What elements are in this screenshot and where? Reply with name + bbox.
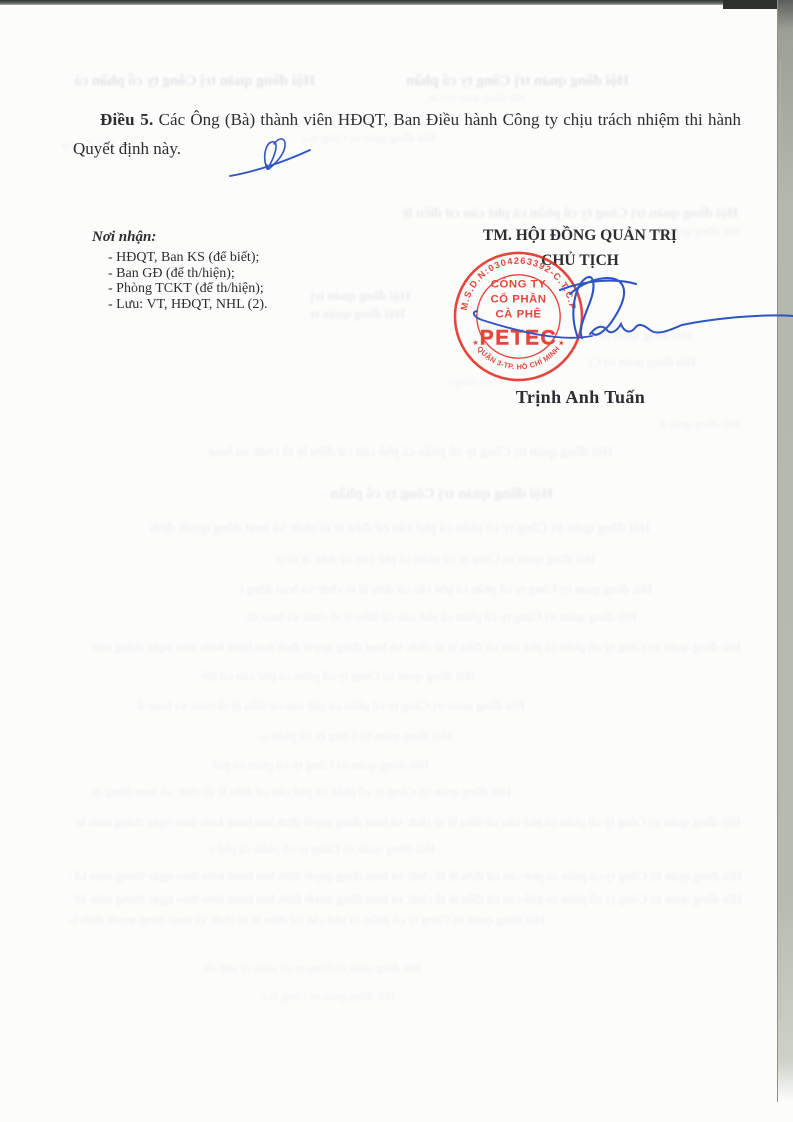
recipient-item: - Phòng TCKT (để th/hiện); bbox=[108, 281, 267, 297]
bleedthrough-line: Hội đồng quản trị Công ty cổ phần cà phê… bbox=[260, 989, 395, 1005]
on-behalf-line: TM. HỘI ĐỒNG QUẢN TRỊ bbox=[440, 227, 720, 245]
recipients-heading: Nơi nhận: bbox=[92, 229, 156, 246]
bleedthrough-line: Hội đồng quản trị Công ty cổ phần cà phê… bbox=[407, 73, 629, 93]
bleedthrough-line: Hội đồng quản trị Công ty cổ phần cà phê… bbox=[93, 784, 511, 801]
bleedthrough-line: Hội đồng quản trị Công ty cổ phần cà phê… bbox=[240, 581, 652, 598]
scanner-edge-top bbox=[0, 0, 793, 5]
article-paragraph: Điều 5. Các Ông (Bà) thành viên HĐQT, Ba… bbox=[73, 106, 741, 163]
recipient-item: - HĐQT, Ban KS (để biết); bbox=[108, 250, 267, 266]
bleedthrough-line: Hội đồng quản trị Công ty cổ phần cà phê… bbox=[310, 306, 405, 323]
bleedthrough-line: Hội đồng quản trị Công ty cổ phần cà phê… bbox=[398, 206, 738, 224]
bleedthrough-line: Hội đồng quản trị Công ty cổ phần cà phê… bbox=[93, 639, 741, 656]
bleedthrough-line: Hội đồng quản trị Công ty cổ phần cà phê… bbox=[310, 288, 410, 305]
recipient-item: - Lưu: VT, HĐQT, NHL (2). bbox=[108, 297, 267, 313]
bleedthrough-line: Hội đồng quản trị Công ty cổ phần cà phê… bbox=[260, 728, 452, 745]
scanner-edge-right bbox=[777, 0, 793, 1102]
paraph-initials-mark bbox=[222, 132, 317, 180]
bleedthrough-line: Hội đồng quản trị Công ty cổ phần cà phê… bbox=[200, 668, 475, 685]
bleedthrough-line: Hội đồng quản trị Công ty cổ phần cà phê… bbox=[207, 841, 435, 858]
bleedthrough-line: Hội đồng quản trị Công ty cổ phần cà phê… bbox=[70, 868, 742, 885]
scanned-document-page: Hội đồng quản trị Công ty cổ phần cà phê… bbox=[0, 0, 793, 1122]
bleedthrough-line: Hội đồng quản trị Công ty cổ phần cà phê… bbox=[70, 891, 742, 908]
bleedthrough-line: Hội đồng quản trị Công ty cổ phần cà phê… bbox=[247, 609, 637, 626]
bleedthrough-line: Hội đồng quản trị Công ty cổ phần cà phê… bbox=[75, 73, 315, 93]
bleedthrough-line: Hội đồng quản trị Công ty cổ phần cà phê… bbox=[77, 814, 741, 831]
bleedthrough-line: Hội đồng quản trị Công ty cổ phần cà phê… bbox=[325, 486, 553, 506]
bleedthrough-line: Hội đồng quản trị Công ty cổ phần cà phê… bbox=[207, 757, 429, 774]
bleedthrough-line: Hội đồng quản trị Công ty cổ phần cà phê… bbox=[137, 698, 525, 715]
bleedthrough-line: Hội đồng quản trị Công ty cổ phần cà phê… bbox=[205, 445, 613, 463]
bleedthrough-line: Hội đồng quản trị Công ty cổ phần cà phê… bbox=[658, 417, 740, 433]
article-text: Các Ông (Bà) thành viên HĐQT, Ban Điều h… bbox=[73, 110, 741, 158]
article-number: Điều 5. bbox=[100, 110, 153, 129]
recipients-list: - HĐQT, Ban KS (để biết);- Ban GĐ (để th… bbox=[108, 250, 267, 313]
bleedthrough-line: Hội đồng quản trị Công ty cổ phần cà phê… bbox=[70, 912, 545, 929]
bleedthrough-line: Hội đồng quản trị Công ty cổ phần cà phê… bbox=[277, 551, 595, 568]
bleedthrough-line: Hội đồng quản trị Công ty cổ phần cà phê… bbox=[430, 92, 525, 106]
recipient-item: - Ban GĐ (để th/hiện); bbox=[108, 266, 267, 282]
bleedthrough-line: Hội đồng quản trị Công ty cổ phần cà phê… bbox=[150, 521, 650, 539]
signer-name: Trịnh Anh Tuấn bbox=[448, 387, 713, 408]
handwritten-signature bbox=[440, 268, 793, 360]
bleedthrough-line: Hội đồng quản trị Công ty cổ phần cà phê… bbox=[203, 961, 421, 977]
